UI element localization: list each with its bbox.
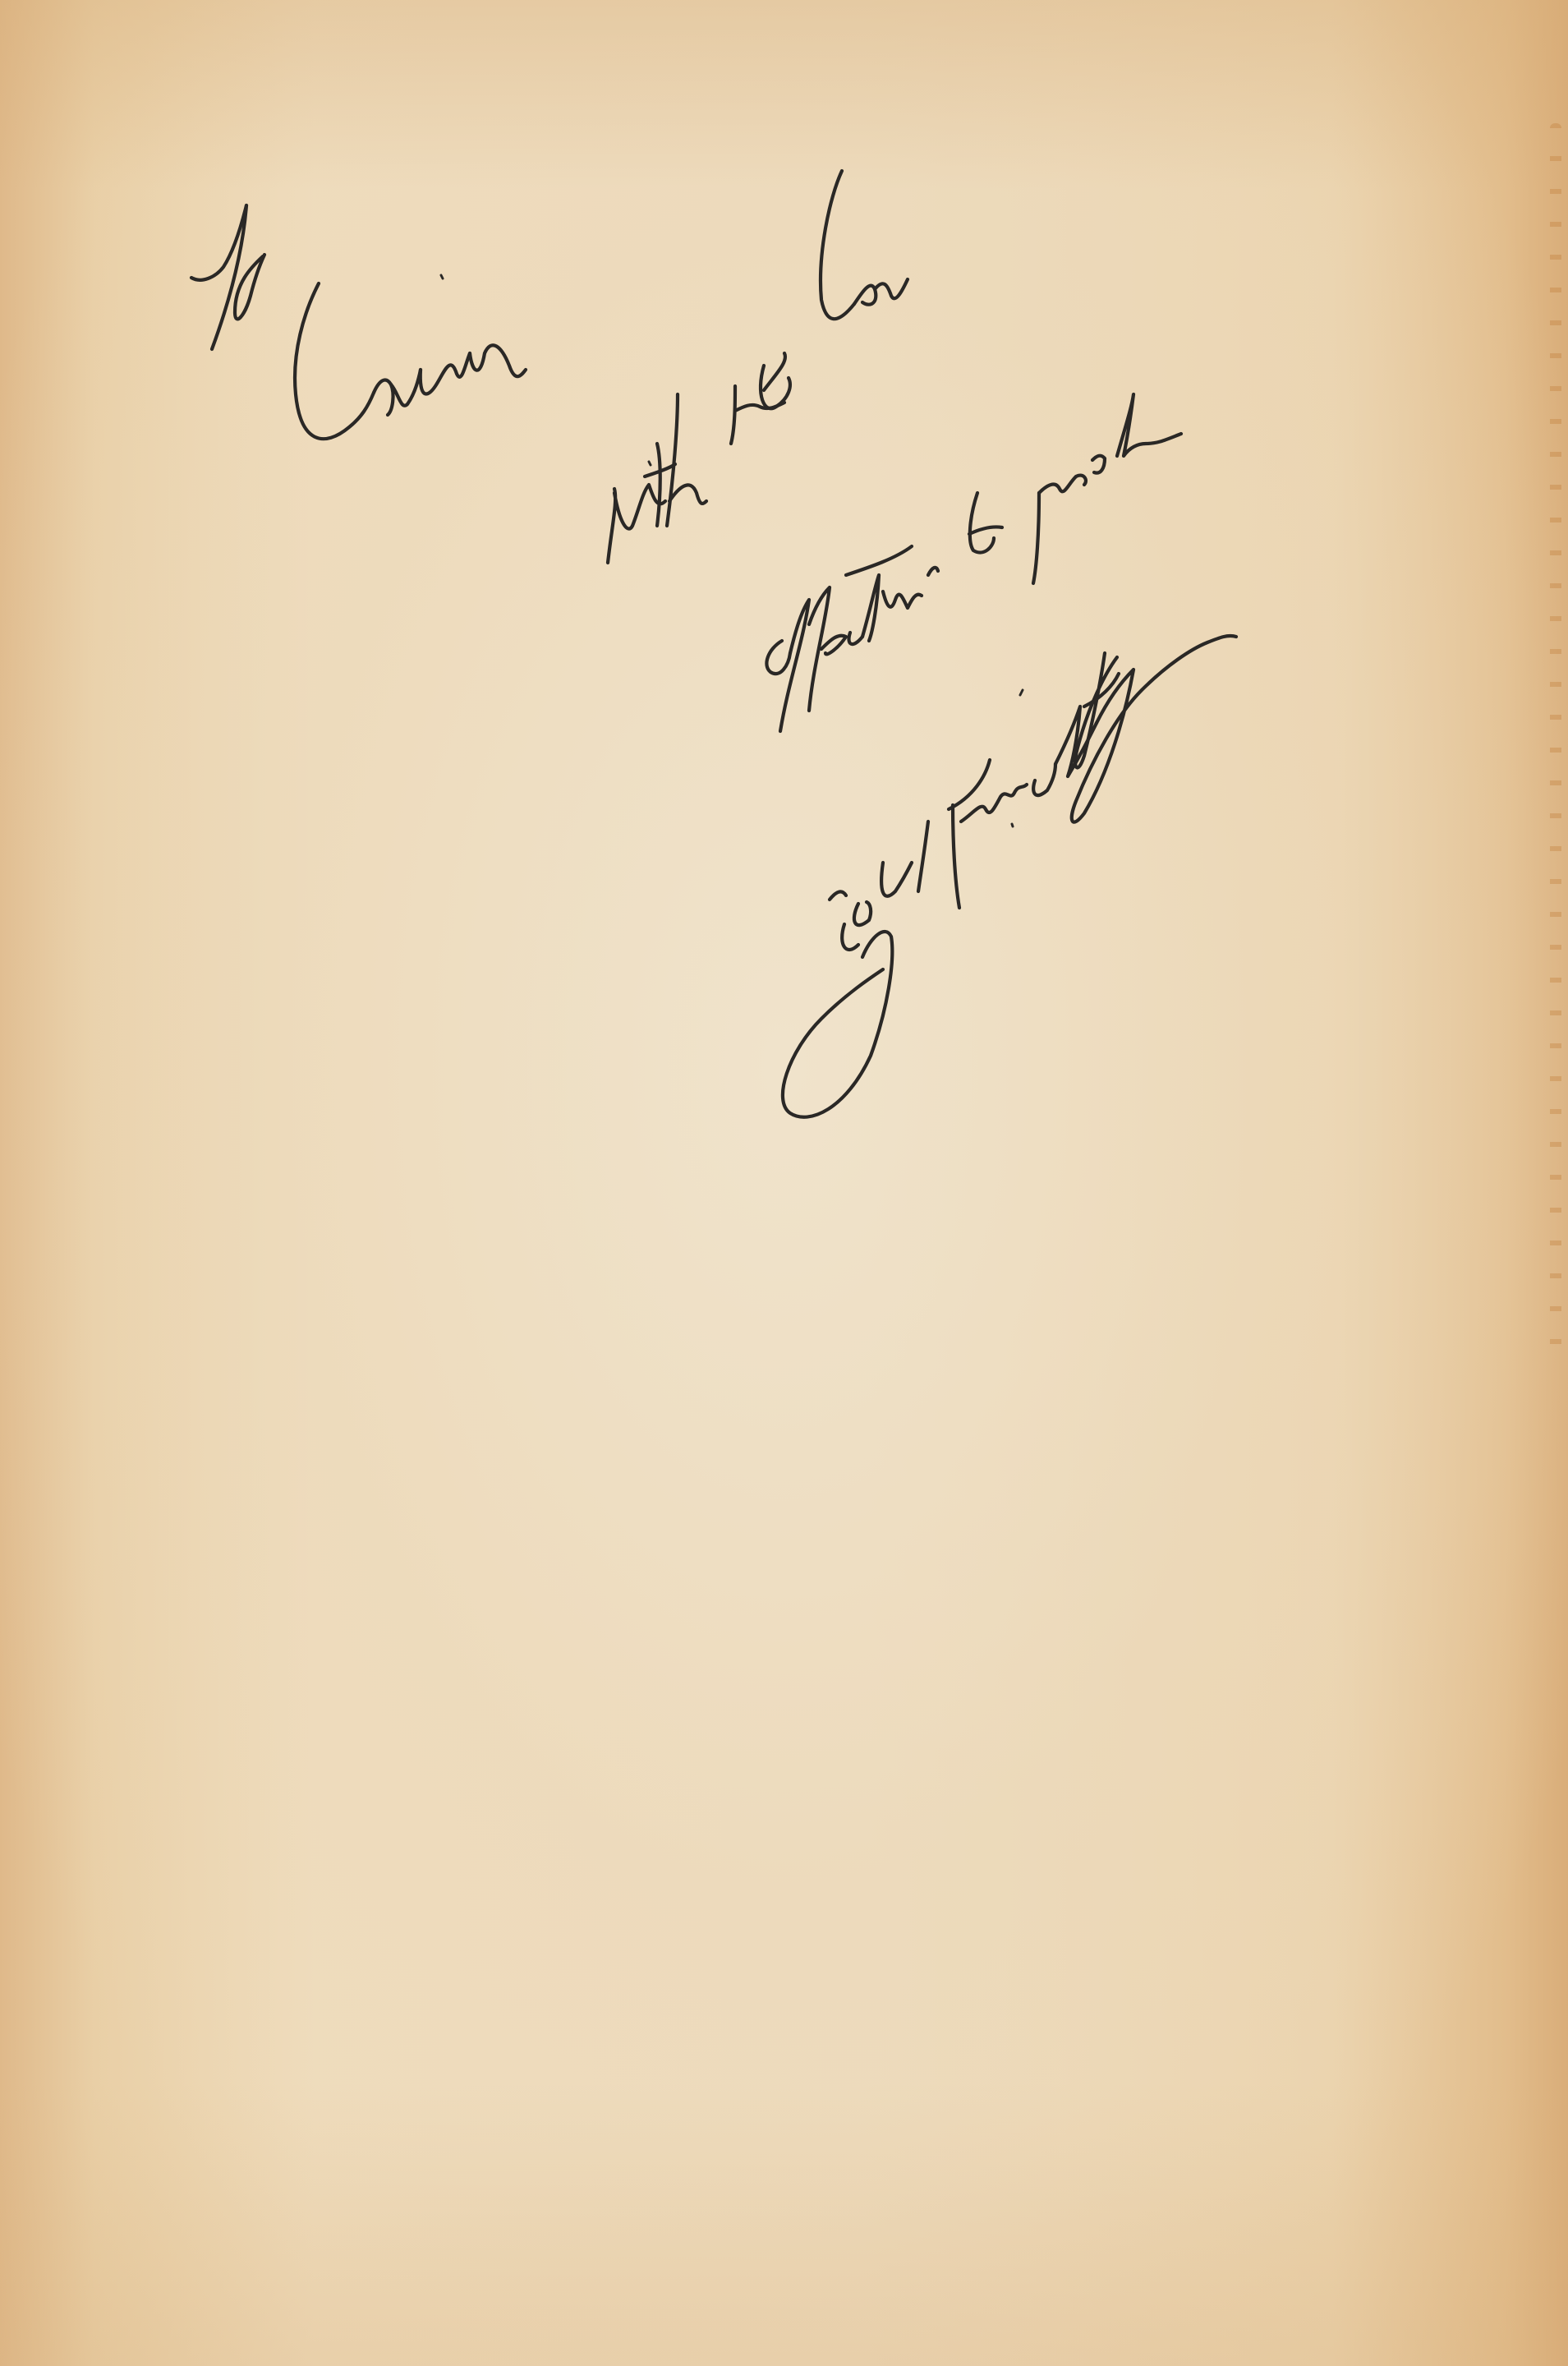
- handwritten-inscription: [0, 0, 1568, 2366]
- word-cousin: [295, 275, 526, 439]
- word-to: [191, 205, 264, 349]
- signature-jack-kennedy: [783, 636, 1236, 1117]
- word-with-the: [608, 353, 790, 563]
- book-flyleaf-page: To Cousin Con with the affectionate rega…: [0, 0, 1568, 2366]
- word-con: [821, 171, 908, 319]
- word-affectionate-regards: [766, 394, 1181, 731]
